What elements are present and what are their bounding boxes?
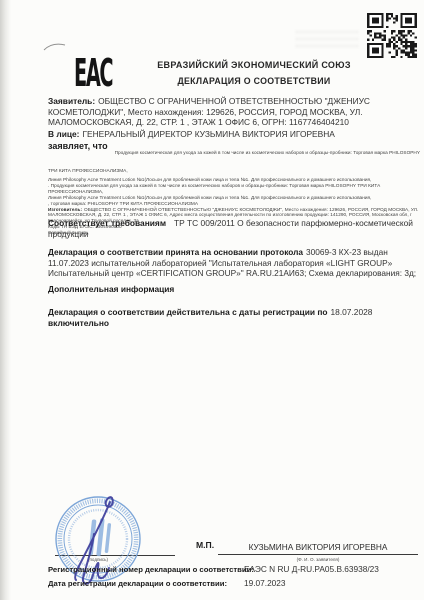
declaration-document-page: ЕАС ЕВРАЗИЙСКИЙ ЭКОНОМИЧЕСКИЙ СОЮЗ ДЕКЛА… — [0, 0, 424, 600]
bleed-through-ghost — [295, 27, 359, 53]
applicant-label: Заявитель: — [48, 96, 95, 106]
registration-date-label: Дата регистрации декларации о соответств… — [48, 579, 227, 588]
validity-paragraph: Декларация о соответствии действительна … — [48, 307, 420, 328]
compliance-paragraph: Соответствует требованиямТР ТС 009/2011 … — [48, 218, 420, 240]
document-title: ДЕКЛАРАЦИЯ О СООТВЕТСТВИИ — [100, 76, 408, 86]
representative-paragraph: В лице:ГЕНЕРАЛЬНЫЙ ДИРЕКТОР КУЗЬМИНА ВИК… — [48, 129, 408, 140]
product-line: Линия Philosophy Acne Treatment Lotion №… — [48, 195, 422, 201]
additional-info-heading: Дополнительная информация — [48, 284, 420, 295]
representative-label: В лице: — [48, 129, 79, 139]
applicant-text: ОБЩЕСТВО С ОГРАНИЧЕННОЙ ОТВЕТСТВЕННОСТЬЮ… — [48, 96, 370, 127]
scan-edge-shadow — [0, 0, 11, 600]
stamp-center-glyphs — [88, 517, 111, 557]
registration-date-value: 19.07.2023 — [244, 578, 286, 588]
applicant-name-block: КУЗЬМИНА ВИКТОРИЯ ИГОРЕВНА (Ф. И. О. зая… — [218, 542, 418, 562]
signature-line — [55, 555, 175, 556]
representative-text: ГЕНЕРАЛЬНЫЙ ДИРЕКТОР КУЗЬМИНА ВИКТОРИЯ И… — [82, 129, 334, 139]
union-title: ЕВРАЗИЙСКИЙ ЭКОНОМИЧЕСКИЙ СОЮЗ — [100, 60, 408, 70]
applicant-name-caption: (Ф. И. О. заявителя) — [218, 555, 418, 562]
product-line: Продукция косметическая для ухода за кож… — [48, 150, 420, 173]
manufacturer-label: Изготовитель: — [48, 207, 82, 212]
basis-paragraph: Декларация о соответствии принята на осн… — [48, 247, 422, 279]
pen-mark — [42, 40, 68, 54]
eac-mark-logo: ЕАС — [74, 50, 112, 95]
validity-suffix: включительно — [48, 318, 420, 329]
registration-number-label: Регистрационный номер декларации о соотв… — [48, 565, 254, 574]
signature-caption: (подпись) — [88, 557, 108, 562]
basis-label: Декларация о соответствии принята на осн… — [48, 247, 303, 257]
validity-date: 18.07.2028 — [331, 307, 373, 317]
applicant-paragraph: Заявитель:ОБЩЕСТВО С ОГРАНИЧЕННОЙ ОТВЕТС… — [48, 96, 372, 128]
additional-info-label: Дополнительная информация — [48, 284, 174, 294]
registration-number-value: ЕАЭС N RU Д-RU.РА05.В.63938/23 — [244, 564, 379, 574]
product-line: . Продукция косметическая для ухода за к… — [48, 183, 422, 195]
applicant-name: КУЗЬМИНА ВИКТОРИЯ ИГОРЕВНА — [218, 542, 418, 555]
qr-code-icon — [367, 13, 417, 58]
declares-label: заявляет, что — [48, 141, 108, 151]
validity-label: Декларация о соответствии действительна … — [48, 307, 328, 317]
compliance-label: Соответствует требованиям — [48, 218, 166, 228]
stamp-place-label: М.П. — [196, 540, 214, 550]
